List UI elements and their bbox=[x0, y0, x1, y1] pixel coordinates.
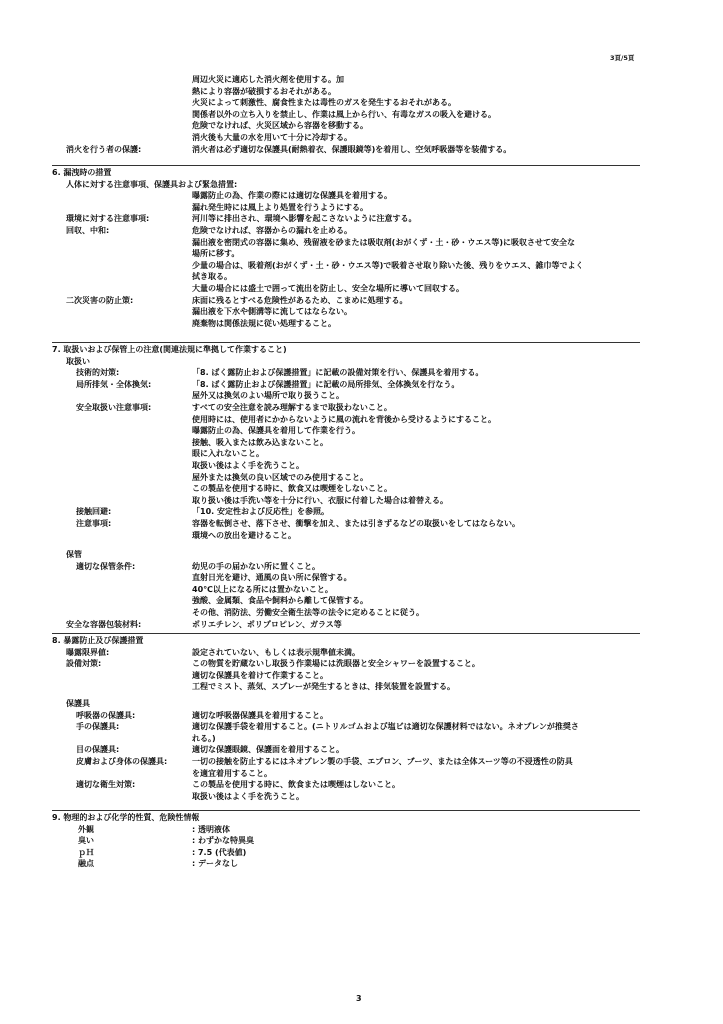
text-line: 一切の接触を防止するにはネオプレン製の手袋、エプロン、ブーツ、または全体スーツ等… bbox=[192, 756, 573, 768]
field-label: 人体に対する注意事項、保護具および緊急措置: bbox=[66, 179, 237, 191]
text-line: 使用時には、使用者にかからないように風の流れを背後から受けるようにすること。 bbox=[192, 414, 496, 426]
property-value: : わずかな特異臭 bbox=[192, 835, 254, 847]
text-line: 曝露防止の為、作業の際には適切な保護具を着用する。 bbox=[192, 190, 392, 202]
field-label: 注意事項: bbox=[76, 518, 111, 530]
field-label: 局所排気・全体換気: bbox=[76, 379, 151, 391]
text-line: 少量の場合は、吸着剤(おがくず・土・砂・ウエス等)で吸着させ取り除いた後、残りを… bbox=[192, 260, 584, 272]
text-line: すべての安全注意を読み理解するまで取扱わないこと。 bbox=[192, 402, 392, 414]
property-value: : 7.5 (代表値) bbox=[192, 847, 246, 859]
text-line: 曝露防止の為、保護具を着用して作業を行う。 bbox=[192, 425, 360, 437]
text-line: 直射日光を避け、通風の良い所に保管する。 bbox=[192, 572, 352, 584]
section-5-continuation: 周辺火災に適応した消火剤を使用する。加 熱により容器が破損するおそれがある。 火… bbox=[52, 74, 642, 155]
field-label: 設備対策: bbox=[66, 658, 101, 670]
field-label: 曝露限界値: bbox=[66, 647, 109, 659]
text-line: 幼児の手の届かない所に置くこと。 bbox=[192, 561, 320, 573]
field-label: 接触回避: bbox=[76, 506, 111, 518]
field-label: 安全取扱い注意事項: bbox=[76, 402, 151, 414]
text-line: 環境への放出を避けること。 bbox=[192, 530, 296, 542]
text-line: 場所に移す。 bbox=[192, 248, 239, 260]
property-value: : データなし bbox=[192, 858, 238, 870]
text-line: 取扱い後はよく手を洗うこと。 bbox=[192, 791, 304, 803]
field-value: 「8. ばく露防止および保護措置」に記載の設備対策を行い、保護具を着用する。 bbox=[192, 367, 483, 379]
field-label: 環境に対する注意事項: bbox=[66, 213, 149, 225]
field-value: 設定されていない、もしくは表示規準値未満。 bbox=[192, 647, 360, 659]
text-line: この物質を貯蔵ないし取扱う作業場には洗眼器と安全シャワーを設置すること。 bbox=[192, 658, 480, 670]
text-line: 廃棄物は関係法規に従い処理すること。 bbox=[192, 318, 336, 330]
field-label: 消火を行う者の保護: bbox=[66, 144, 141, 156]
section-title: 7. 取扱いおよび保管上の注意(関連法規に準拠して作業すること) bbox=[52, 344, 287, 356]
field-label: 回収、中和: bbox=[66, 225, 109, 237]
text-line: 拭き取る。 bbox=[192, 271, 232, 283]
section-title: 6. 漏洩時の措置 bbox=[52, 167, 111, 179]
text-line: 漏出液を下水や側溝等に流してはならない。 bbox=[192, 306, 352, 318]
field-label: 安全な容器包装材料: bbox=[66, 619, 141, 631]
text-line: 強酸、金属類、食品や飼料から離して保管する。 bbox=[192, 595, 368, 607]
field-label: 手の保護具: bbox=[76, 721, 119, 733]
text-line: 適切な保護手袋を着用すること。(ニトリルゴムおよび塩ビは適切な保護材料ではない。… bbox=[192, 721, 579, 733]
text-line: 40℃以上になる所には置かないこと。 bbox=[192, 584, 333, 596]
field-value: ポリエチレン、ポリプロピレン、ガラス等 bbox=[192, 619, 342, 631]
subsection-heading: 取扱い bbox=[66, 356, 90, 368]
text-line: 屋外又は換気のよい場所で取り扱うこと。 bbox=[192, 390, 344, 402]
property-label: 融点 bbox=[78, 858, 94, 870]
section-title: 8. 暴露防止及び保護措置 bbox=[52, 635, 143, 647]
text-line: 工程でミスト、蒸気、スプレーが発生するときは、排気装置を設置する。 bbox=[192, 681, 455, 693]
field-value: 「10. 安定性および反応性」を参照。 bbox=[192, 506, 329, 518]
section-6: 6. 漏洩時の措置 人体に対する注意事項、保護具および緊急措置: 曝露防止の為、… bbox=[52, 167, 642, 329]
text-line: 周辺火災に適応した消火剤を使用する。加 bbox=[192, 74, 344, 86]
field-label: 適切な衛生対策: bbox=[76, 779, 135, 791]
property-value: : 透明液体 bbox=[192, 824, 230, 836]
text-line: を適宜着用すること。 bbox=[192, 768, 272, 780]
field-label: 適切な保管条件: bbox=[76, 561, 135, 573]
field-value: 適切な保護眼鏡、保護面を着用すること。 bbox=[192, 744, 344, 756]
text-line: 適切な保護具を着けて作業すること。 bbox=[192, 670, 328, 682]
field-value: 河川等に排出され、環境へ影響を起こさないように注意する。 bbox=[192, 213, 416, 225]
text-line: その他、消防法、労働安全衛生法等の法令に定めることに従う。 bbox=[192, 607, 424, 619]
field-label: 目の保護具: bbox=[76, 744, 119, 756]
section-divider bbox=[52, 342, 640, 343]
text-line: この製品を使用する時に、飲食または喫煙はしないこと。 bbox=[192, 779, 400, 791]
section-7: 7. 取扱いおよび保管上の注意(関連法規に準拠して作業すること) 取扱い 技術的… bbox=[52, 344, 642, 630]
text-line: 大量の場合には盛土で囲って流出を防止し、安全な場所に導いて回収する。 bbox=[192, 283, 464, 295]
text-line: 「8. ばく露防止および保護措置」に記載の局所排気、全体換気を行なう。 bbox=[192, 379, 459, 391]
property-label: ｐＨ bbox=[78, 847, 94, 859]
section-divider bbox=[52, 810, 640, 811]
text-line: 消火後も大量の水を用いて十分に冷却する。 bbox=[192, 132, 352, 144]
text-line: 関係者以外の立ち入りを禁止し、作業は風上から行い、有毒なガスの吸入を避ける。 bbox=[192, 109, 496, 121]
text-line: 眼に入れないこと。 bbox=[192, 448, 264, 460]
text-line: 漏出液を密閉式の容器に集め、残留液を砂または吸収剤(おがくず・土・砂・ウエス等)… bbox=[192, 237, 575, 249]
section-8: 8. 暴露防止及び保護措置 曝露限界値: 設定されていない、もしくは表示規準値未… bbox=[52, 635, 642, 802]
text-line: 接触、吸入または飲み込まないこと。 bbox=[192, 437, 328, 449]
field-label: 技術的対策: bbox=[76, 367, 119, 379]
section-divider bbox=[52, 633, 640, 634]
text-line: 漏れ発生時には風上より処置を行うようにする。 bbox=[192, 202, 368, 214]
property-label: 臭い bbox=[78, 835, 94, 847]
text-line: 危険でなければ、火災区域から容器を移動する。 bbox=[192, 120, 368, 132]
page-header: 3頁/5頁 bbox=[610, 53, 634, 62]
section-divider bbox=[52, 165, 640, 166]
text-line: れる。) bbox=[192, 733, 216, 745]
field-label: 呼吸器の保護具: bbox=[76, 710, 135, 722]
text-line: 火災によって刺激性、腐食性または毒性のガスを発生するおそれがある。 bbox=[192, 97, 456, 109]
field-label: 皮膚および身体の保護具: bbox=[76, 756, 167, 768]
field-value: 消火者は必ず適切な保護具(耐熱着衣、保護眼鏡等)を着用し、空気呼吸器等を装備する… bbox=[192, 144, 511, 156]
subsection-heading: 保管 bbox=[66, 549, 82, 561]
section-title: 9. 物理的および化学的性質、危険性情報 bbox=[52, 812, 199, 824]
text-line: 取り扱い後は手洗い等を十分に行い、衣服に付着した場合は着替える。 bbox=[192, 495, 448, 507]
page-number: 3 bbox=[356, 994, 362, 1003]
section-9: 9. 物理的および化学的性質、危険性情報 外観 : 透明液体 臭い : わずかな… bbox=[52, 812, 642, 870]
text-line: 床面に残るとすべる危険性があるため、こまめに処理する。 bbox=[192, 295, 408, 307]
text-line: 取扱い後はよく手を洗うこと。 bbox=[192, 460, 304, 472]
field-value: 適切な呼吸器保護具を着用すること。 bbox=[192, 710, 328, 722]
text-line: 容器を転倒させ、落下させ、衝撃を加え、または引きずるなどの取扱いをしてはならない… bbox=[192, 518, 520, 530]
text-line: 熱により容器が破損するおそれがある。 bbox=[192, 86, 336, 98]
text-line: 屋外または換気の良い区域でのみ使用すること。 bbox=[192, 472, 368, 484]
property-label: 外観 bbox=[78, 824, 94, 836]
text-line: 危険でなければ、容器からの漏れを止める。 bbox=[192, 225, 352, 237]
field-label: 二次災害の防止策: bbox=[66, 295, 133, 307]
subsection-heading: 保護具 bbox=[66, 698, 90, 710]
text-line: この製品を使用する時に、飲食又は喫煙をしないこと。 bbox=[192, 483, 392, 495]
